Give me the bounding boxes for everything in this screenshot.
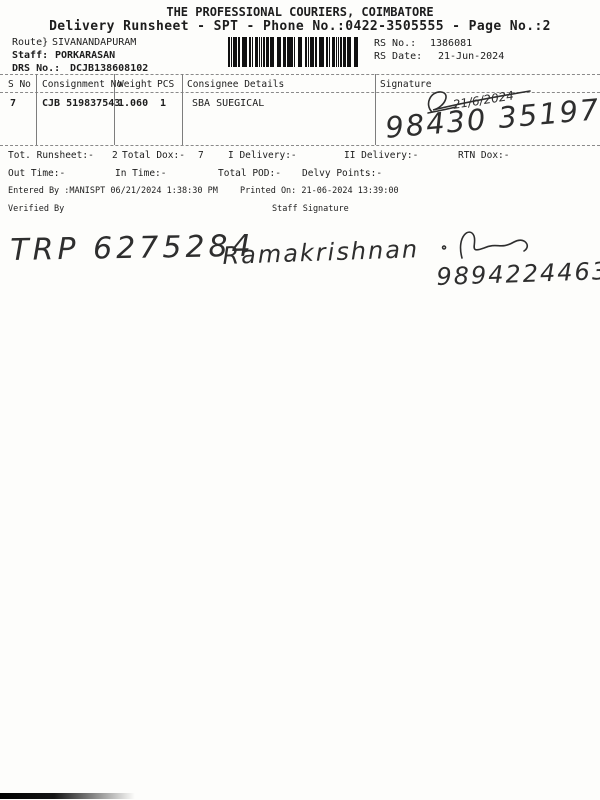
total-dox-value: 7 bbox=[198, 151, 204, 162]
receiver-phone-handwritten: 9894224463 bbox=[436, 258, 600, 292]
printed-on-text: Printed On: 21-06-2024 13:39:00 bbox=[240, 187, 399, 197]
entered-by-text: Entered By :MANISPT 06/21/2024 1:38:30 P… bbox=[8, 187, 218, 197]
rs-date-label: RS Date: bbox=[374, 51, 422, 63]
tot-runsheet-value: 2 bbox=[112, 151, 118, 162]
total-pod-label: Total POD:- bbox=[218, 169, 281, 180]
table-column-line bbox=[182, 74, 183, 145]
company-name: THE PROFESSIONAL COURIERS, COIMBATORE bbox=[0, 6, 600, 20]
staff-label: Staff: bbox=[12, 50, 48, 62]
total-dox-label: Total Dox:- bbox=[122, 151, 185, 162]
ii-delivery-label: II Delivery:- bbox=[344, 151, 418, 162]
verified-by-label: Verified By bbox=[8, 205, 64, 215]
row-consignment-no: CJB 519837543 bbox=[42, 98, 120, 110]
tot-runsheet-label: Tot. Runsheet:- bbox=[8, 151, 94, 162]
delvy-points-label: Delvy Points:- bbox=[302, 169, 382, 180]
page-title: Delivery Runsheet - SPT - Phone No.:0422… bbox=[0, 20, 600, 35]
divider-bottom bbox=[0, 145, 600, 146]
col-header-weight: Weight bbox=[118, 80, 152, 91]
rtn-dox-label: RTN Dox:- bbox=[458, 151, 509, 162]
table-column-line bbox=[375, 74, 376, 145]
col-header-consignment: Consignment No bbox=[42, 80, 122, 91]
row-weight: 1.060 bbox=[118, 98, 148, 110]
col-header-sno: S No bbox=[8, 80, 31, 91]
table-column-line bbox=[36, 74, 37, 145]
scan-artifact-streak bbox=[0, 793, 135, 799]
col-header-pcs: PCS bbox=[157, 80, 174, 91]
staff-value: PORKARASAN bbox=[55, 50, 115, 62]
receiver-name-handwritten: Ramakrishnan bbox=[222, 236, 420, 270]
row-consignee: SBA SUEGICAL bbox=[192, 98, 264, 110]
rs-date-value: 21-Jun-2024 bbox=[438, 51, 504, 63]
trp-code-handwritten: TRP 6275284 bbox=[10, 230, 255, 269]
i-delivery-label: I Delivery:- bbox=[228, 151, 297, 162]
rs-no-label: RS No.: bbox=[374, 38, 416, 50]
route-value: SIVANANDAPURAM bbox=[52, 37, 136, 49]
drs-no-value: DCJB138608102 bbox=[70, 63, 148, 75]
rs-no-value: 1386081 bbox=[430, 38, 472, 50]
drs-no-label: DRS No.: bbox=[12, 63, 60, 75]
delivery-runsheet-document: THE PROFESSIONAL COURIERS, COIMBATORE De… bbox=[0, 0, 600, 800]
divider-top bbox=[0, 74, 600, 75]
route-label: Route} bbox=[12, 37, 48, 49]
row-sno: 7 bbox=[10, 98, 16, 110]
in-time-label: In Time:- bbox=[115, 169, 166, 180]
row-pcs: 1 bbox=[160, 98, 166, 110]
barcode-image bbox=[228, 37, 360, 67]
col-header-consignee: Consignee Details bbox=[187, 80, 284, 91]
staff-signature-label: Staff Signature bbox=[272, 205, 349, 215]
signature-phone-handwritten: 98430 35197 bbox=[384, 93, 600, 145]
out-time-label: Out Time:- bbox=[8, 169, 65, 180]
